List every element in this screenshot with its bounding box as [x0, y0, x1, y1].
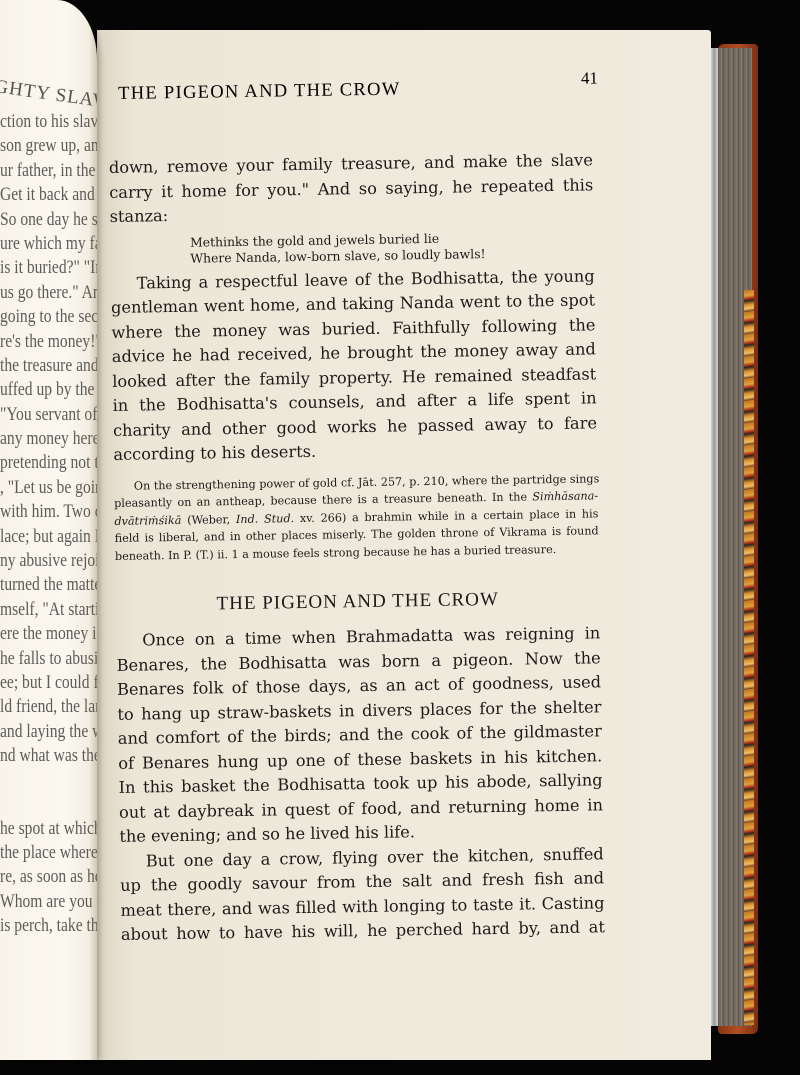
- left-page-text: ction to his slave th son grew up, and h…: [0, 110, 97, 939]
- left-line: and laying the whol: [0, 720, 97, 744]
- left-line: So one day he said t: [0, 208, 97, 232]
- right-page: down, remove your family treasure, and m…: [97, 30, 711, 1060]
- left-line: ction to his slave th: [0, 110, 97, 134]
- paragraph-once-on-a-time: Once on a time when Brahmadatta was reig…: [116, 621, 603, 849]
- section-title: THE PIGEON AND THE CROW: [116, 587, 600, 617]
- left-line: "You servant of a sla: [0, 403, 97, 427]
- text-line-content: But one day a crow, flying over the kitc…: [146, 844, 604, 870]
- left-line: nd what was the real: [0, 744, 97, 768]
- left-line: mself, "At starting: [0, 598, 97, 622]
- left-line: ure which my father: [0, 232, 97, 256]
- left-line: re, as soon as he star: [0, 865, 97, 889]
- left-line: pretending not to h: [0, 451, 97, 475]
- footnote-text: (Weber,: [181, 513, 236, 527]
- left-line: turned the matter: [0, 573, 97, 597]
- running-title: THE PIGEON AND THE CROW: [118, 80, 401, 105]
- left-section-gap: [0, 769, 97, 817]
- footnote-text: xv. 266) a brahmin while in a certain pl…: [294, 507, 598, 525]
- marbled-endpaper-edge: [744, 290, 754, 1025]
- left-line: , "Let us be going t: [0, 476, 97, 500]
- left-line: Get it back and loo: [0, 183, 97, 207]
- left-line: ere the money is; bu: [0, 622, 97, 646]
- left-line: going to the secre: [0, 305, 97, 329]
- paragraph-crow: But one day a crow, flying over the kitc…: [120, 842, 605, 948]
- left-line: ee; but I could fin: [0, 671, 97, 695]
- paragraph-taking-leave: Taking a respectful leave of the Bodhisa…: [111, 264, 598, 468]
- left-line: ur father, in the o: [0, 159, 97, 183]
- left-line: the place where yo: [0, 841, 97, 865]
- left-page-edge-shadow: [89, 0, 97, 1060]
- left-line: any money here!": [0, 427, 97, 451]
- left-line: son grew up, and h: [0, 134, 97, 158]
- footnote: On the strengthening power of gold cf. J…: [114, 470, 599, 565]
- left-line: Whom are you talkin: [0, 890, 97, 914]
- left-line: us go there." And: [0, 281, 97, 305]
- page-content: down, remove your family treasure, and m…: [108, 104, 605, 947]
- left-page: GHTY SLAVE ction to his slave th son gre…: [0, 0, 97, 1060]
- text-line-content: Once on a time when Brahmadatta was reig…: [142, 623, 600, 649]
- paragraph-continuation: down, remove your family treasure, and m…: [109, 148, 594, 229]
- text-line-content: Taking a respectful leave of the Bodhisa…: [137, 266, 595, 292]
- left-line: he spot at which Nan: [0, 817, 97, 841]
- left-line: is perch, take the s: [0, 914, 97, 938]
- left-line: lace; but again Nan: [0, 525, 97, 549]
- left-line: re's the money!" B: [0, 330, 97, 354]
- footnote-italic-ref: Ind. Stud.: [236, 512, 294, 526]
- left-line: is it buried?" "In: [0, 256, 97, 280]
- footnote-italic-title: dvātriṁśikā: [114, 513, 181, 527]
- left-line: he falls to abusing: [0, 647, 97, 671]
- page-number: 41: [581, 68, 598, 88]
- footnote-italic-title: Siṁhāsana-: [532, 489, 598, 503]
- left-line: the treasure and wa: [0, 354, 97, 378]
- left-line: uffed up by the mone: [0, 378, 97, 402]
- left-line: ld friend, the landov: [0, 695, 97, 719]
- silver-gilt-edge: [710, 48, 718, 1026]
- left-line: ny abusive rejoinder: [0, 549, 97, 573]
- verse-stanza: Methinks the gold and jewels buried lie …: [190, 228, 594, 266]
- left-line: with him. Two or t: [0, 500, 97, 524]
